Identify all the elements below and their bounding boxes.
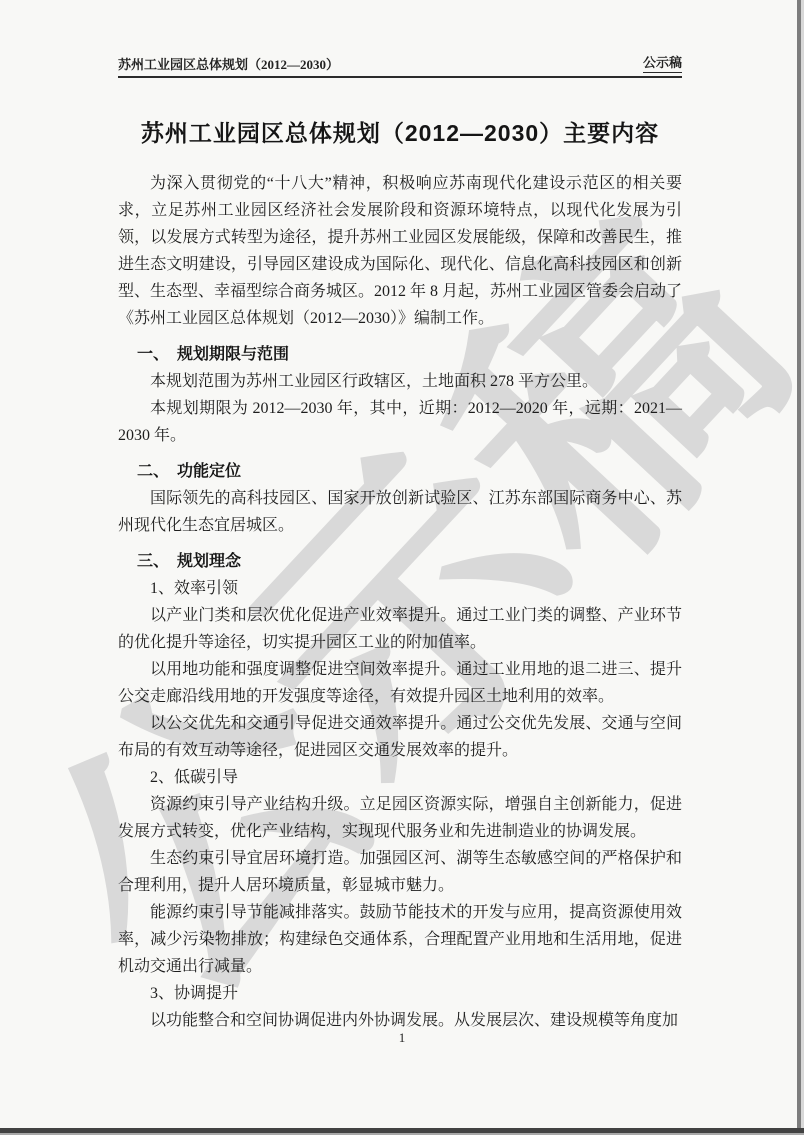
paragraph: 以产业门类和层次优化促进产业效率提升。通过工业门类的调整、产业环节的优化提升等途… [118,602,682,656]
document-body: 为深入贯彻党的“十八大”精神，积极响应苏南现代化建设示范区的相关要求，立足苏州工… [118,170,682,1034]
paragraph: 本规划期限为 2012—2030 年，其中，近期：2012—2020 年，远期：… [118,395,682,449]
paragraph: 资源约束引导产业结构升级。立足园区资源实际，增强自主创新能力，促进发展方式转变，… [118,791,682,845]
document-page: 公示稿 苏州工业园区总体规划（2012—2030） 公示稿 苏州工业园区总体规划… [0,0,804,1135]
paragraph: 生态约束引导宜居环境打造。加强园区河、湖等生态敏感空间的严格保护和合理利用，提升… [118,845,682,899]
sub-heading: 1、效率引领 [118,575,682,602]
paragraph: 本规划范围为苏州工业园区行政辖区，土地面积 278 平方公里。 [118,368,682,395]
paragraph: 国际领先的高科技园区、国家开放创新试验区、江苏东部国际商务中心、苏州现代化生态宜… [118,485,682,539]
paragraph: 为深入贯彻党的“十八大”精神，积极响应苏南现代化建设示范区的相关要求，立足苏州工… [118,170,682,332]
page-edge-shadow-right [797,0,801,1132]
sub-heading: 3、协调提升 [118,980,682,1007]
section-heading: 二、 功能定位 [118,458,682,485]
paragraph: 以公交优先和交通引导促进交通效率提升。通过公交优先发展、交通与空间布局的有效互动… [118,710,682,764]
section-heading: 一、 规划期限与范围 [118,341,682,368]
sub-heading: 2、低碳引导 [118,764,682,791]
paragraph: 以用地功能和强度调整促进空间效率提升。通过工业用地的退二进三、提升公交走廊沿线用… [118,656,682,710]
section-heading: 三、 规划理念 [118,548,682,575]
header-draft-label: 公示稿 [643,52,682,73]
header-document-title: 苏州工业园区总体规划（2012—2030） [118,54,339,73]
document-title: 苏州工业园区总体规划（2012—2030）主要内容 [118,115,682,148]
page-header: 苏州工业园区总体规划（2012—2030） 公示稿 [118,0,682,78]
paragraph: 能源约束引导节能减排落实。鼓励节能技术的开发与应用，提高资源使用效率，减少污染物… [118,899,682,980]
page-content: 苏州工业园区总体规划（2012—2030） 公示稿 苏州工业园区总体规划（201… [118,0,682,1034]
page-number: 1 [0,1030,804,1046]
